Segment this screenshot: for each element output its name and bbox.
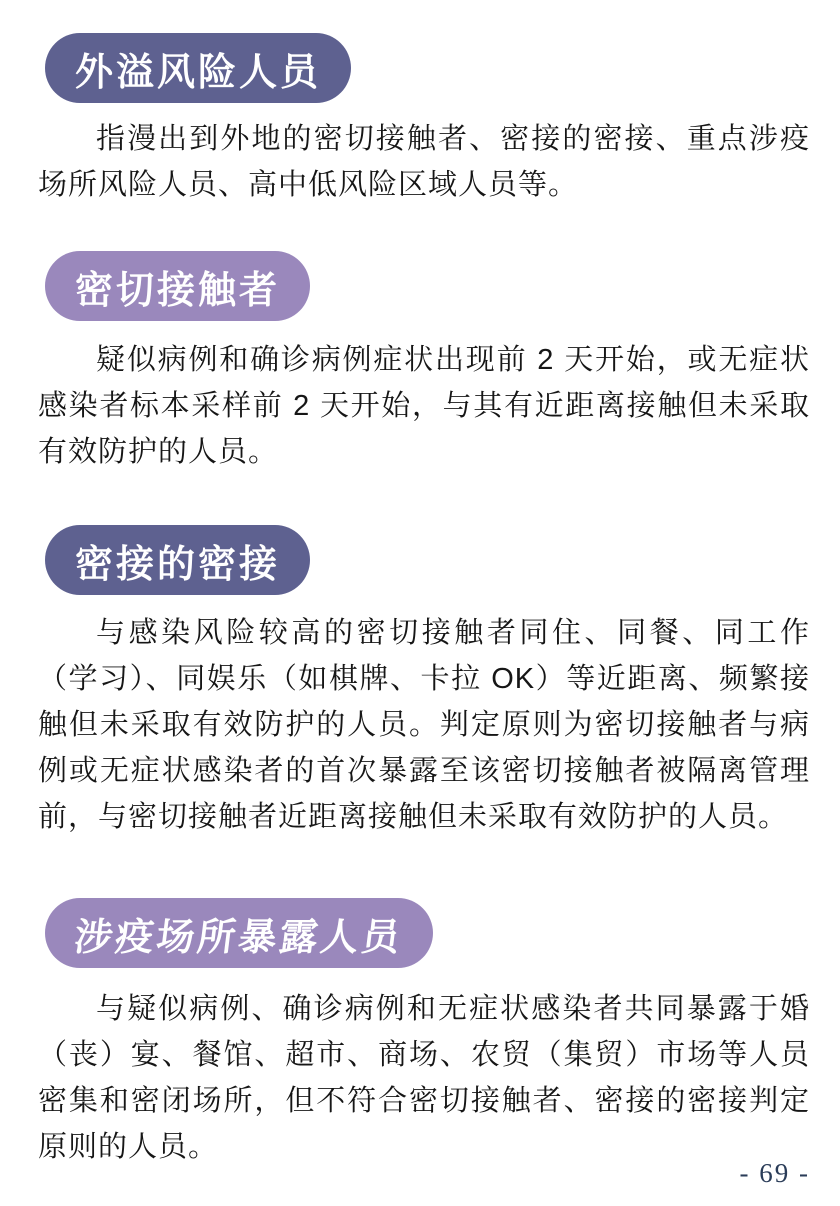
section-heading-label: 涉疫场所暴露人员	[72, 906, 407, 961]
section-body-text: 与感染风险较高的密切接触者同住、同餐、同工作（学习）、同娱乐（如棋牌、卡拉 OK…	[38, 610, 810, 840]
section-heading-badge: 密切接触者	[45, 251, 310, 321]
section-heading-label: 密切接触者	[75, 259, 280, 314]
section-contacts-of-contacts: 密接的密接 与感染风险较高的密切接触者同住、同餐、同工作（学习）、同娱乐（如棋牌…	[38, 475, 810, 840]
section-body-text: 指漫出到外地的密切接触者、密接的密接、重点涉疫场所风险人员、高中低风险区域人员等…	[38, 116, 810, 208]
section-heading-label: 密接的密接	[75, 533, 280, 588]
section-body-text: 与疑似病例、确诊病例和无症状感染者共同暴露于婚（丧）宴、餐馆、超市、商场、农贸（…	[38, 986, 810, 1170]
section-heading-badge: 外溢风险人员	[45, 33, 351, 103]
page-number: - 69 -	[740, 1158, 810, 1189]
section-heading-badge: 涉疫场所暴露人员	[45, 898, 433, 968]
document-page: 外溢风险人员 指漫出到外地的密切接触者、密接的密接、重点涉疫场所风险人员、高中低…	[0, 0, 840, 1206]
section-heading-badge: 密接的密接	[45, 525, 310, 595]
section-spillover-risk: 外溢风险人员 指漫出到外地的密切接触者、密接的密接、重点涉疫场所风险人员、高中低…	[38, 0, 810, 208]
section-body-text: 疑似病例和确诊病例症状出现前 2 天开始，或无症状感染者标本采样前 2 天开始，…	[38, 337, 810, 475]
page-content: 外溢风险人员 指漫出到外地的密切接触者、密接的密接、重点涉疫场所风险人员、高中低…	[0, 0, 840, 1170]
section-close-contacts: 密切接触者 疑似病例和确诊病例症状出现前 2 天开始，或无症状感染者标本采样前 …	[38, 208, 810, 475]
section-venue-exposed-persons: 涉疫场所暴露人员 与疑似病例、确诊病例和无症状感染者共同暴露于婚（丧）宴、餐馆、…	[38, 840, 810, 1170]
section-heading-label: 外溢风险人员	[75, 41, 321, 96]
